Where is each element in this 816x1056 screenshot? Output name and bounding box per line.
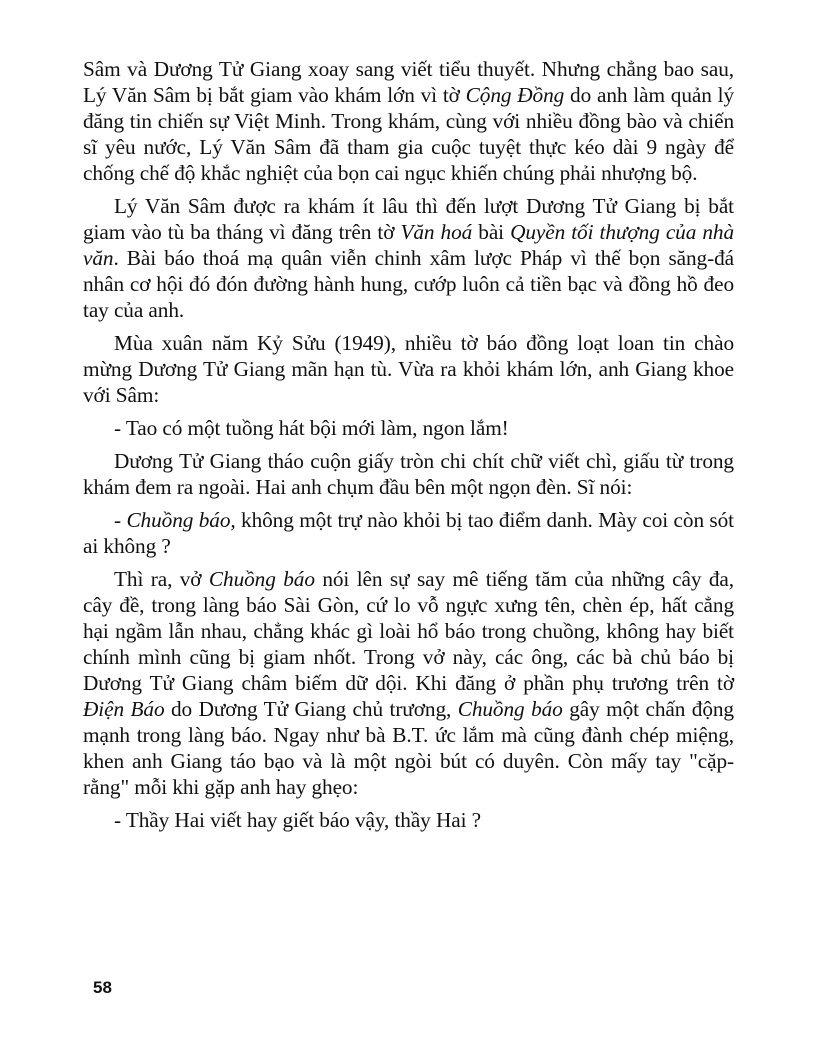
paragraph-4: Dương Tử Giang tháo cuộn giấy tròn chi c… bbox=[83, 448, 734, 500]
dialog-line-3: - Thầy Hai viết hay giết báo vậy, thầy H… bbox=[83, 807, 734, 833]
text-segment: Mùa xuân năm Kỷ Sửu (1949), nhiều tờ báo… bbox=[83, 331, 734, 407]
text-segment: . Bài báo thoá mạ quân viễn chinh xâm lư… bbox=[83, 246, 734, 322]
dialog-line-1: - Tao có một tuồng hát bội mới làm, ngon… bbox=[83, 415, 734, 441]
text-segment: - bbox=[114, 508, 126, 532]
play-title-chuong-bao: Chuồng báo bbox=[209, 567, 315, 591]
text-segment: - Thầy Hai viết hay giết báo vậy, thầy H… bbox=[114, 808, 481, 832]
text-segment: Dương Tử Giang tháo cuộn giấy tròn chi c… bbox=[83, 449, 734, 499]
text-segment: Thì ra, vở bbox=[114, 567, 209, 591]
dialog-line-2: - Chuồng báo, không một trự nào khỏi bị … bbox=[83, 507, 734, 559]
play-title-chuong-bao: Chuồng báo bbox=[458, 697, 563, 721]
paragraph-3: Mùa xuân năm Kỷ Sửu (1949), nhiều tờ báo… bbox=[83, 330, 734, 408]
page-number: 58 bbox=[93, 978, 112, 998]
newspaper-title-van-hoa: Văn hoá bbox=[400, 220, 472, 244]
text-segment: do Dương Tử Giang chủ trương, bbox=[165, 697, 458, 721]
paragraph-1: Sâm và Dương Tử Giang xoay sang viết tiể… bbox=[83, 56, 734, 186]
newspaper-title-cong-dong: Cộng Đồng bbox=[466, 83, 565, 107]
play-title-chuong-bao: Chuồng báo, bbox=[126, 508, 235, 532]
text-segment: - Tao có một tuồng hát bội mới làm, ngon… bbox=[114, 416, 509, 440]
paragraph-5: Thì ra, vở Chuồng báo nói lên sự say mê … bbox=[83, 566, 734, 800]
page-body: Sâm và Dương Tử Giang xoay sang viết tiể… bbox=[83, 56, 734, 840]
text-segment: bài bbox=[472, 220, 510, 244]
newspaper-title-dien-bao: Điện Báo bbox=[83, 697, 165, 721]
paragraph-2: Lý Văn Sâm được ra khám ít lâu thì đến l… bbox=[83, 193, 734, 323]
